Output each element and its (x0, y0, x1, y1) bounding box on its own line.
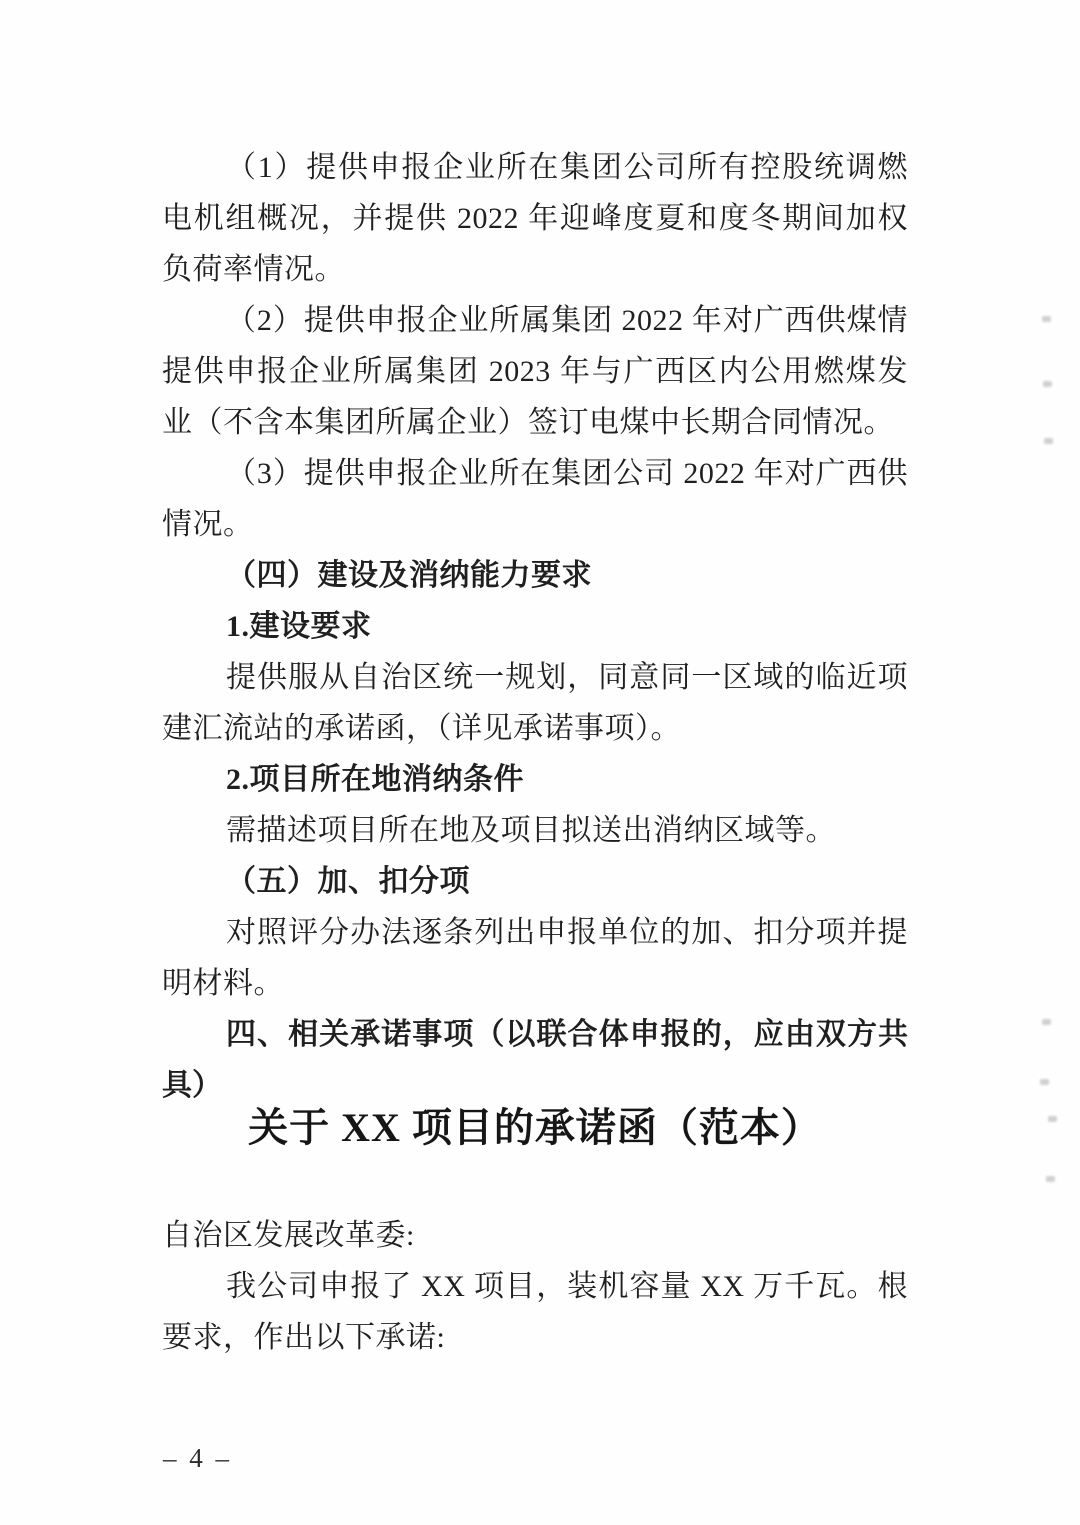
page-number: – 4 – (163, 1438, 232, 1478)
scan-artifact (1042, 316, 1051, 322)
text-line: 需描述项目所在地及项目拟送出消纳区域等。 (162, 805, 908, 856)
scan-artifact (1044, 438, 1053, 444)
text-line: （3）提供申报企业所在集团公司 2022 年对广西供天然气 (162, 448, 908, 499)
text-line: （2）提供申报企业所属集团 2022 年对广西供煤情况。 (162, 295, 908, 346)
subsection-heading: 1.建设要求 (162, 601, 908, 652)
scan-artifact (1040, 1079, 1049, 1085)
text-line: 情况。 (162, 499, 908, 550)
subsection-heading: 2.项目所在地消纳条件 (162, 754, 908, 805)
letter-title: 关于 XX 项目的承诺函（范本） (162, 1103, 908, 1153)
text-line: 明材料。 (162, 958, 908, 1009)
document-body: （1）提供申报企业所在集团公司所有控股统调燃煤发 电机组概况，并提供 2022 … (162, 142, 908, 1363)
text-line: 业（不含本集团所属企业）签订电煤中长期合同情况。 (162, 397, 908, 448)
letter-body-line: 我公司申报了 XX 项目，装机容量 XX 万千瓦。根据申报 (162, 1261, 908, 1312)
text-line: 提供服从自治区统一规划，同意同一区域的临近项目共 (162, 652, 908, 703)
letter-body-line: 要求，作出以下承诺: (162, 1312, 908, 1363)
scan-artifact (1042, 1019, 1051, 1025)
text-line: 电机组概况，并提供 2022 年迎峰度夏和度冬期间加权平均 (162, 193, 908, 244)
text-line: 建汇流站的承诺函，（详见承诺事项）。 (162, 703, 908, 754)
text-line: （1）提供申报企业所在集团公司所有控股统调燃煤发 (162, 142, 908, 193)
text-line: 对照评分办法逐条列出申报单位的加、扣分项并提供证 (162, 907, 908, 958)
section-heading: （五）加、扣分项 (162, 856, 908, 907)
text-line: 提供申报企业所属集团 2023 年与广西区内公用燃煤发电企 (162, 346, 908, 397)
scan-artifact (1048, 1116, 1057, 1122)
scan-artifact (1046, 1176, 1055, 1182)
section-heading: （四）建设及消纳能力要求 (162, 550, 908, 601)
text-line: 负荷率情况。 (162, 244, 908, 295)
scan-artifact (1043, 381, 1052, 387)
chapter-heading: 四、相关承诺事项（以联合体申报的，应由双方共同出 (162, 1009, 908, 1060)
letter-salutation: 自治区发展改革委: (162, 1210, 908, 1261)
scanned-document-page: （1）提供申报企业所在集团公司所有控股统调燃煤发 电机组概况，并提供 2022 … (0, 0, 1080, 1525)
